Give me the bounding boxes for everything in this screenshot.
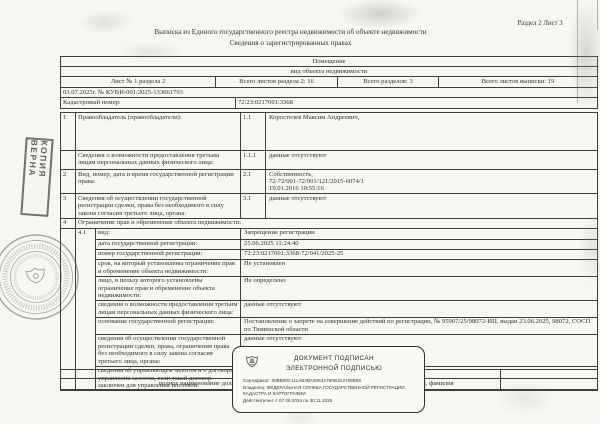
footer-cell-empty [501,379,598,390]
restriction-row: дата государственной регистрации: 25.06.… [61,239,598,249]
copy-stamp-text: КОПИЯ ВЕРНА [24,139,49,214]
row-label: номер государственной регистрации: [96,249,241,259]
object-header-table: Помещение вид объекта недвижимости Лист … [60,56,598,88]
page-title: Выписка из Единого государственного реес… [68,27,513,38]
row-label: лицо, в пользу которого установлены огра… [96,276,241,300]
title-block: Выписка из Единого государственного реес… [68,27,513,49]
document-page: КОПИЯ ВЕРНА Раздел 2 Лист 3 Выписка из Е… [0,0,600,424]
signature-space [501,370,598,379]
sheet-cell: Всего листов раздела 2: 16 [216,77,338,88]
stamp-title-line: ЭЛЕКТРОННОЙ ПОДПИСЬЮ [269,364,399,374]
validity-line: Действителен: с 07.09.2024 по 30.11.2025 [243,398,415,405]
row-subnumber: 1.1.1 [241,151,266,170]
row-number: 4 [61,218,76,228]
table-row: 3 Сведения об осуществлении государствен… [61,194,598,218]
value-line: 72-72/001-72/001/121/2015-6074/1 [269,178,595,185]
row-label: основание государственной регистрации: [96,317,241,334]
row-subnumber: 2.1 [241,170,266,194]
restriction-row: сведения о возможности предоставления тр… [61,300,598,317]
row-value: Постановление о запрете на совершение де… [241,317,598,334]
stamp-title-line: ДОКУМЕНТ ПОДПИСАН [269,354,399,364]
coat-of-arms-icon [243,354,261,372]
table-row: 1 Правообладатель (правообладатели): 1.1… [61,113,598,151]
object-type-caption: вид объекта недвижимости [61,67,598,77]
row-label: Сведения об осуществлении государственно… [76,194,241,218]
row-label: Правообладатель (правообладатели): [76,113,241,151]
doc-number-table: 03.07.2025г. № КУВИ-001/2025-133661793 К… [60,87,598,109]
restriction-row: 4.1 вид: Запрещение регистрации [61,228,598,239]
restriction-row: срок, на который установлены ограничение… [61,259,598,276]
signature-stamp-title: ДОКУМЕНТ ПОДПИСАН ЭЛЕКТРОННОЙ ПОДПИСЬЮ [269,354,399,374]
row-label: вид: [96,228,241,239]
row-subnumber: 3.1 [241,194,266,218]
sheet-cell: Лист № 1 раздела 2 [61,77,216,88]
section-sheet-label: Раздел 2 Лист 3 [500,20,580,27]
scan-edge-line [597,0,598,30]
row-number [61,151,76,170]
row-label: Сведения о возможности предоставления тр… [76,151,241,170]
sheet-cell: Всего листов выписки: 19 [439,77,598,88]
table-row: Сведения о возможности предоставления тр… [61,151,598,170]
row-subnumber: 4.1 [76,228,96,390]
table-row: 2 Вид, номер, дата и время государственн… [61,170,598,194]
row-value: Не определено [241,276,598,300]
row-value: Коростелев Максим Андреевич, [266,113,598,151]
row-value: 72:23:0217001:3368-72/041/2025-25 [241,249,598,259]
row-subnumber: 1.1 [241,113,266,151]
row-label: сведения о возможности предоставления тр… [96,300,241,317]
table-row-restrictions-header: 4 Ограничение прав и обременение объекта… [61,218,598,228]
owner-line: Владелец: ФЕДЕРАЛЬНАЯ СЛУЖБА ГОСУДАРСТВЕ… [243,385,415,398]
doc-number: 03.07.2025г. № КУВИ-001/2025-133661793 [61,88,598,98]
value-line: Собственность, [269,171,595,178]
object-type: Помещение [61,57,598,67]
restriction-row: лицо, в пользу которого установлены огра… [61,276,598,300]
restriction-row: основание государственной регистрации: П… [61,317,598,334]
row-label: дата государственной регистрации: [96,239,241,249]
row-value: 25.06.2025 11:24:40 [241,239,598,249]
row-number: 2 [61,170,76,194]
page-subtitle: Сведения о зарегистрированных правах [68,38,513,49]
cadastral-value: 72:23:0217001:3368 [236,98,598,109]
electronic-signature-stamp: ДОКУМЕНТ ПОДПИСАН ЭЛЕКТРОННОЙ ПОДПИСЬЮ С… [232,346,425,413]
row-value: данные отсутствуют [241,300,598,317]
row-value: данные отсутствуют [266,194,598,218]
sheet-cell: Всего разделов: 3 [338,77,439,88]
signature-stamp-details: Сертификат: 00ВВ00С111АВ2ВА00Е42790В1Е27… [243,378,415,405]
scan-artifact-line [577,0,578,103]
row-label: сведения об осуществлении государственно… [96,334,241,366]
value-line: 19.01.2016 10:55:16 [269,185,595,192]
cadastral-label: Кадастровый номер: [61,98,236,109]
row-value: Запрещение регистрации [241,228,598,239]
row-number: 1 [61,113,76,151]
row-number: 3 [61,194,76,218]
row-label: Вид, номер, дата и время государственной… [76,170,241,194]
row-value: Собственность, 72-72/001-72/001/121/2015… [266,170,598,194]
copy-verified-stamp: КОПИЯ ВЕРНА [20,137,53,217]
row-number [61,228,76,390]
row-value: Не установлен [241,259,598,276]
row-value: данные отсутствуют [266,151,598,170]
certificate-line: Сертификат: 00ВВ00С111АВ2ВА00Е42790В1Е27… [243,378,415,385]
restrictions-header: Ограничение прав и обременение объекта н… [76,218,598,228]
row-label: срок, на который установлены ограничение… [96,259,241,276]
restriction-row: номер государственной регистрации: 72:23… [61,249,598,259]
